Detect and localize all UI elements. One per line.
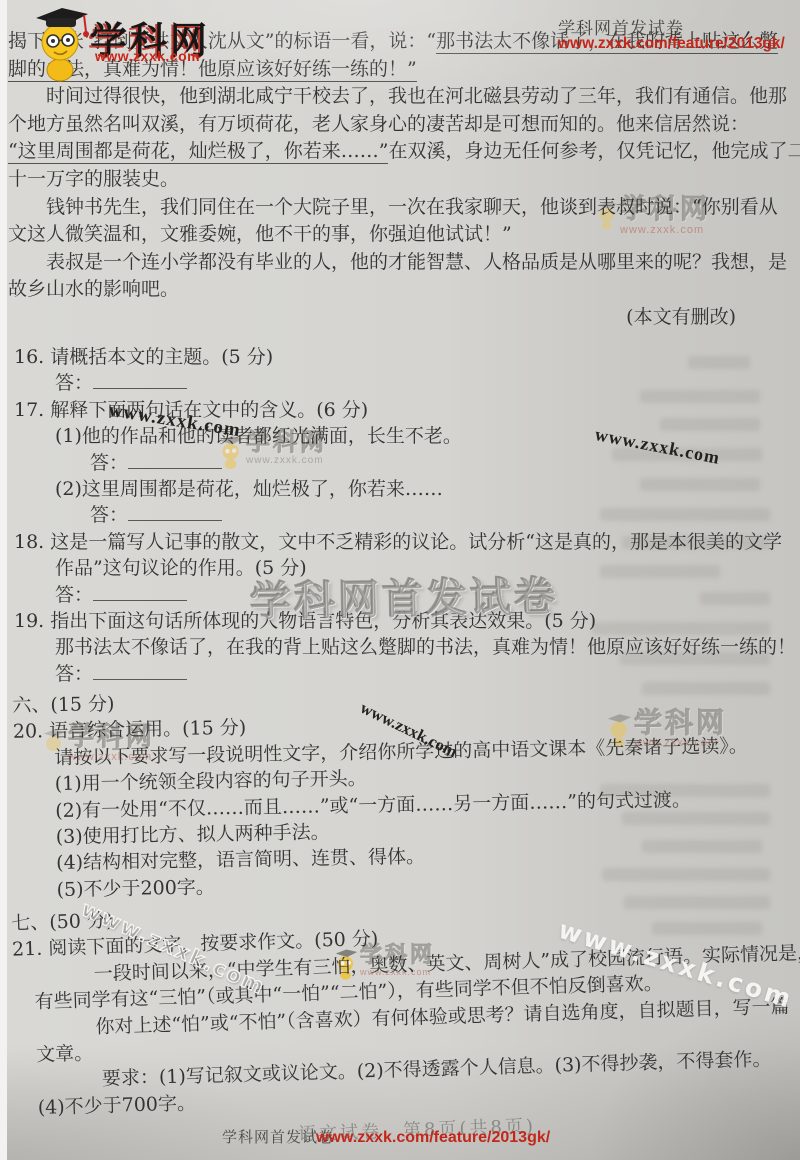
scan-edge: [0, 0, 7, 1160]
answer-line: 答：: [90, 502, 800, 528]
answer-blank: [128, 505, 222, 521]
banner-watermark: 学科网首发试卷: [250, 563, 559, 627]
page-footer: 语文试卷 第8页(共8页) 学科网首发试卷 www.zxxk.com/featu…: [0, 1116, 800, 1160]
passage-line: 故乡山水的影响吧。: [0, 276, 800, 304]
answer-line: 答：: [55, 370, 800, 396]
question-line: 18. 这是一篇写人记事的散文，文中不乏精彩的议论。试分析“这是真的，那是本很美…: [14, 529, 800, 555]
question-line: 那书法太不像话了，在我的背上贴这么蹩脚的书法，真难为情！他原应该好好练一练的！: [55, 634, 800, 660]
question-line: 16. 请概括本文的主题。(5 分): [14, 344, 800, 370]
passage-line: 个地方虽然名叫双溪，有万顷荷花，老人家身心的凄苦却是可想而知的。他来信居然说：: [0, 111, 800, 139]
header-url: www.zxxk.com/feature/2013gk/: [558, 35, 785, 53]
passage-line: 钱钟书先生，我们同住在一个大院子里，一次在我家聊天，他谈到表叔时说：“你别看从: [0, 194, 800, 222]
question-line: (2)这里周围都是荷花，灿烂极了，你若来……: [55, 476, 800, 502]
passage-line: 文这人微笑温和，文雅委婉，他不干的事，你强迫他试试！”: [0, 221, 800, 249]
brand-url: www.zxxk.com: [95, 48, 200, 64]
passage: 揭下那张“打倒反共文人沈从文”的标语一看，说：“那书法太不像话了，在我的背上贴这…: [0, 28, 800, 332]
answer-blank: [93, 373, 187, 389]
answer-blank: [128, 453, 222, 469]
passage-line: 十一万字的服装史。: [0, 166, 800, 194]
mascot-icon: [32, 4, 90, 82]
passage-note: (本文有删改): [0, 304, 800, 332]
footer-url: www.zxxk.com/feature/2013gk/: [316, 1129, 550, 1147]
passage-line: “这里周围都是荷花，灿烂极了，你若来……”在双溪，身边无任何参考，仅凭记忆，他完…: [0, 138, 800, 166]
questions-16-19: 16. 请概括本文的主题。(5 分)答：17. 解释下面两句话在文中的含义。(6…: [0, 344, 800, 687]
passage-line: 时间过得很快，他到湖北咸宁干校去了，我也在河北磁县劳动了三年，我们有通信。他那: [0, 83, 800, 111]
passage-line: 表叔是一个连小学都没有毕业的人，他的才能智慧、人格品质是从哪里来的呢？我想，是: [0, 249, 800, 277]
answer-blank: [93, 585, 187, 601]
section-6: 六、(15 分)20. 语言综合运用。(15 分)请按以下要求写一段说明性文字，…: [0, 673, 800, 904]
answer-blank: [93, 664, 187, 680]
scanned-exam-page: 学科网 www.zxxk.com 学科网首发试卷 www.zxxk.com/fe…: [0, 0, 800, 1160]
